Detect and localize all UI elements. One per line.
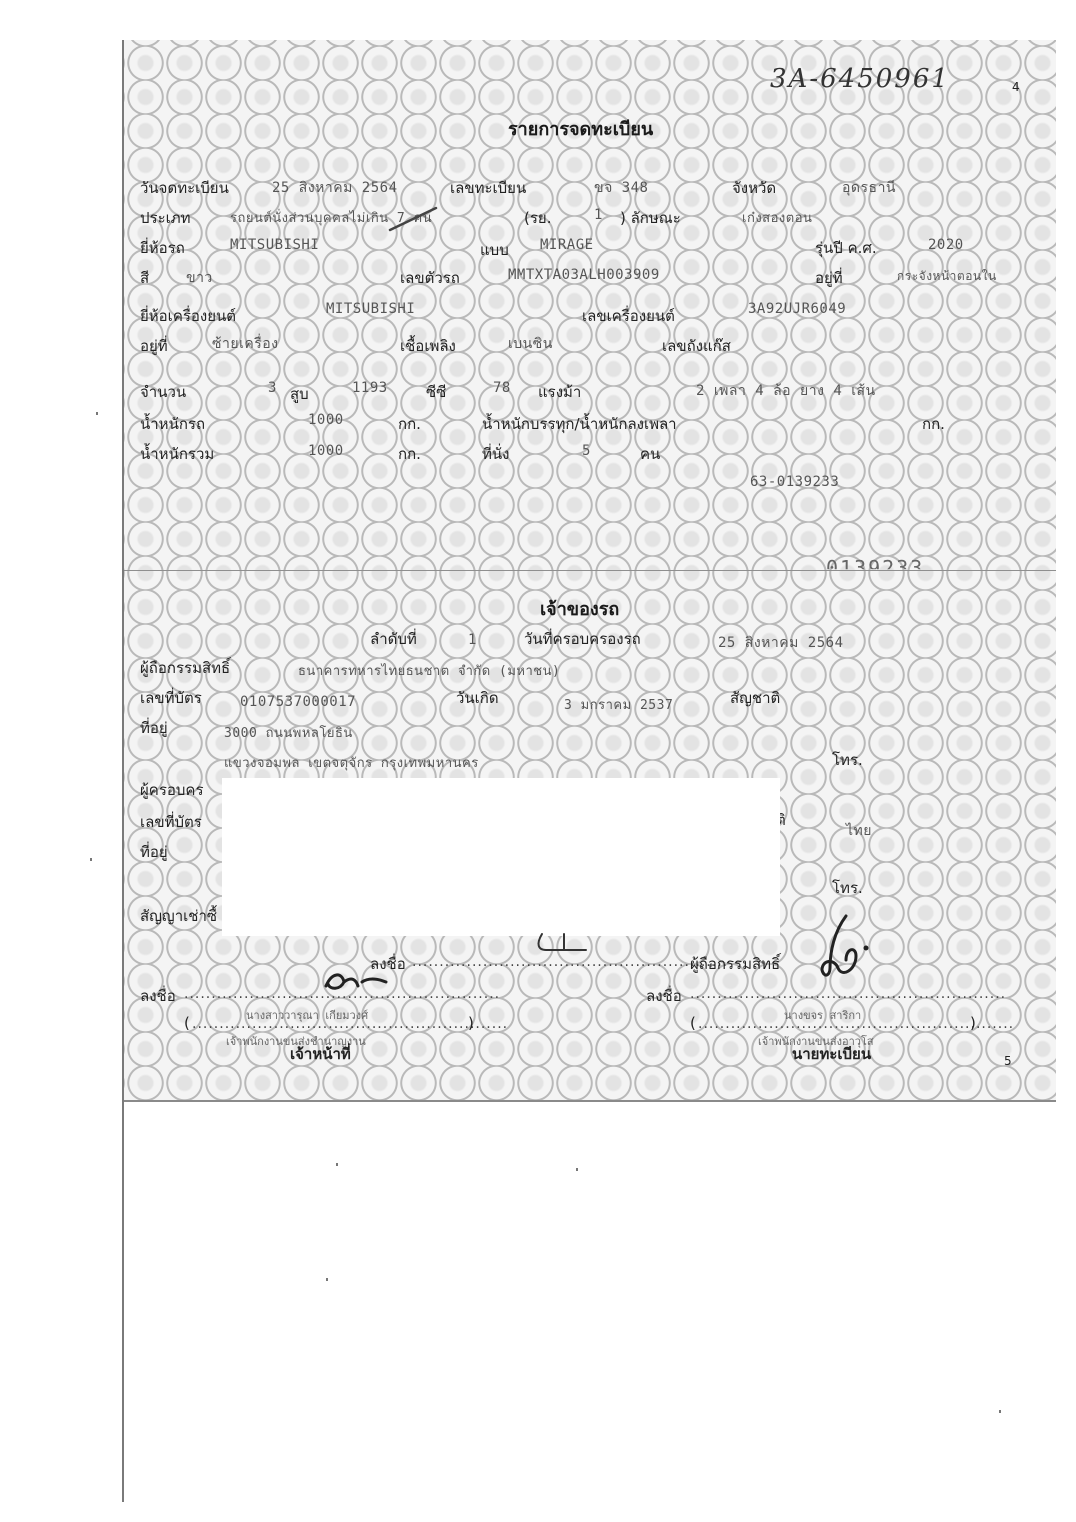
gross-weight-value: 1000: [308, 443, 344, 459]
registrar-sign-label: ลงชื่อ: [646, 984, 682, 1008]
holder-dob-label: วันเกิด: [456, 686, 499, 710]
scan-speck: [999, 1410, 1001, 1413]
seats-value: 5: [582, 443, 591, 459]
province-value: อุดรธานี: [842, 177, 896, 199]
seats-unit: คน: [640, 442, 660, 466]
holder-address-label: ที่อยู่: [140, 716, 168, 740]
engine-brand-value: MITSUBISHI: [326, 301, 415, 317]
cc-unit: ซีซี: [426, 380, 446, 404]
holder-sign-line: ........................................…: [412, 954, 728, 970]
engine-location-value: ซ้ายเครื่อง: [212, 333, 278, 355]
cylinders-unit: สูบ: [290, 382, 309, 406]
province-label: จังหวัด: [732, 176, 776, 200]
plate-label: เลขทะเบียน: [450, 176, 526, 200]
model-label: แบบ: [480, 238, 509, 262]
scan-speck: [576, 1168, 578, 1171]
year-label: รุ่นปี ค.ศ.: [815, 236, 877, 260]
holder-signature-icon: [534, 930, 594, 956]
chassis-location-value: กระจังหน้าตอนใน: [897, 267, 997, 286]
page-number-top: 4: [1012, 80, 1020, 94]
order-value: 1: [468, 632, 477, 648]
engine-number-label: เลขเครื่องยนต์: [582, 304, 675, 328]
ry-open: (รย.: [524, 206, 551, 230]
body-style-value: เก๋งสองตอน: [742, 207, 812, 228]
registrar-role-label: นายทะเบียน: [792, 1042, 871, 1066]
scan-speck: [336, 1163, 338, 1166]
engine-number-value: 3A92UJR6049: [748, 301, 846, 317]
color-label: สี: [140, 266, 149, 290]
serial-number: 63-0139233: [750, 474, 839, 490]
scan-speck: [326, 1278, 328, 1281]
holder-id-label: เลขที่บัตร: [140, 686, 202, 710]
officer-sign-label: ลงชื่อ: [140, 984, 176, 1008]
plate-value: ขจ 348: [594, 177, 649, 199]
page-number-bottom: 5: [1004, 1054, 1012, 1068]
holder-label: ผู้ถือกรรมสิทธิ์: [140, 656, 230, 680]
holder-id-value: 0107537000017: [240, 694, 356, 710]
cc-value: 1193: [352, 380, 388, 396]
strike-mark-icon: [384, 204, 444, 234]
possession-date-value: 25 สิงหาคม 2564: [718, 632, 844, 654]
cylinders-label: จำนวน: [140, 380, 186, 404]
possessor-address-label: ที่อยู่: [140, 840, 168, 864]
scan-speck: [96, 412, 98, 415]
chassis-location-label: อยู่ที่: [815, 266, 843, 290]
holder-dob-value: 3 มกราคม 2537: [564, 694, 673, 715]
holder-address-line2: แขวงจอมพล เขตจตุจักร กรุงเทพมหานคร: [224, 752, 479, 773]
redacted-personal-info: [222, 778, 780, 936]
section-title-registration: รายการจดทะเบียน: [508, 114, 653, 143]
reg-date-label: วันจดทะเบียน: [140, 176, 229, 200]
scan-speck: [90, 858, 92, 861]
order-label: ลำดับที่: [370, 627, 417, 651]
holder-phone-label: โทร.: [832, 748, 863, 772]
holder-role-label: ผู้ถือกรรมสิทธิ์: [690, 952, 780, 976]
officer-name-line: ........................................…: [192, 1016, 508, 1032]
reg-date-value: 25 สิงหาคม 2564: [272, 177, 398, 199]
registrar-paren-close: ): [970, 1014, 976, 1032]
possession-date-label: วันที่ครอบครองรถ: [524, 627, 641, 651]
officer-paren-open: (: [184, 1014, 190, 1032]
holder-address-line1: 3000 ถนนพหลโยธิน: [224, 722, 353, 743]
chassis-value: MMTXTA03ALH003909: [508, 267, 660, 283]
horsepower-unit: แรงม้า: [538, 380, 581, 404]
load-weight-label: น้ำหนักบรรทุก/น้ำหนักลงเพลา: [482, 412, 677, 436]
brand-value: MITSUBISHI: [230, 237, 319, 253]
engine-location-label: อยู่ที่: [140, 334, 168, 358]
gross-weight-label: น้ำหนักรวม: [140, 442, 214, 466]
possessor-phone-label: โทร.: [832, 876, 863, 900]
kg-unit-2: กก.: [922, 412, 945, 436]
section-separator: [124, 570, 1056, 571]
officer-role-label: เจ้าหน้าที่: [290, 1042, 351, 1066]
fuel-value: เบนซิน: [508, 333, 553, 355]
possessor-label: ผู้ครอบคร: [140, 778, 204, 802]
officer-paren-close: ): [468, 1014, 474, 1032]
ry-value: 1: [594, 207, 603, 223]
year-value: 2020: [928, 237, 964, 253]
holder-nationality-label: สัญชาติ: [730, 686, 780, 710]
registrar-name-line: ........................................…: [698, 1016, 1014, 1032]
officer-signature-icon: [322, 968, 392, 998]
axles-wheels-value: 2 เพลา 4 ล้อ ยาง 4 เส้น: [696, 380, 876, 402]
cylinders-value: 3: [268, 380, 277, 396]
brand-label: ยี่ห้อรถ: [140, 236, 185, 260]
kg-unit-3: กก.: [398, 442, 421, 466]
engine-brand-label: ยี่ห้อเครื่องยนต์: [140, 304, 236, 328]
possessor-nationality-value: ไทย: [846, 820, 872, 842]
holder-value: ธนาคารทหารไทยธนชาต จำกัด (มหาชน): [298, 660, 560, 681]
registrar-paren-open: (: [690, 1014, 696, 1032]
type-label: ประเภท: [140, 206, 191, 230]
vehicle-weight-label: น้ำหนักรถ: [140, 412, 205, 436]
chassis-label: เลขตัวรถ: [400, 266, 460, 290]
vehicle-weight-value: 1000: [308, 412, 344, 428]
kg-unit-1: กก.: [398, 412, 421, 436]
section-title-owner: เจ้าของรถ: [540, 594, 619, 623]
handwritten-document-number: 3A-6450961: [770, 64, 950, 94]
fuel-label: เชื้อเพลิง: [400, 334, 456, 358]
registrar-signature-icon: [816, 912, 876, 992]
horsepower-value: 78: [493, 380, 511, 396]
lease-label: สัญญาเช่าซื้: [140, 904, 217, 928]
possessor-id-label: เลขที่บัตร: [140, 810, 202, 834]
gas-tank-label: เลขถังแก๊ส: [662, 334, 731, 358]
color-value: ขาว: [186, 267, 213, 289]
ry-close-body-style-label: ) ลักษณะ: [620, 206, 681, 230]
model-value: MIRAGE: [540, 237, 594, 253]
seats-label: ที่นั่ง: [482, 442, 509, 466]
